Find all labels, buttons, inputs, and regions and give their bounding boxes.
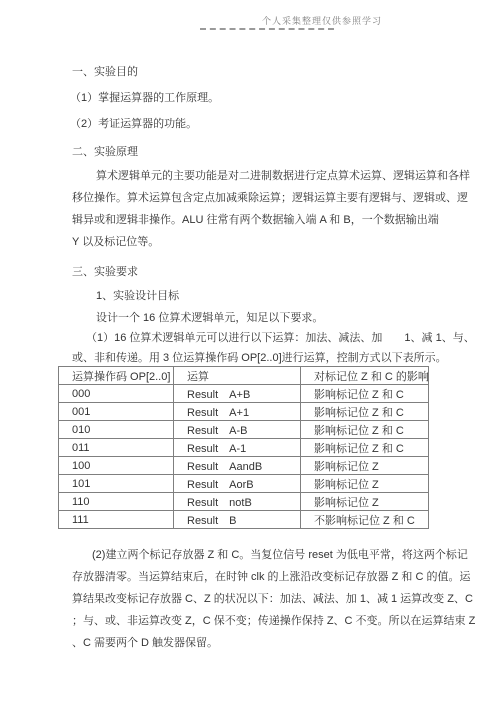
operation-cell: Result B bbox=[174, 511, 301, 529]
section2-paragraph-line: 辑异或和逻辑非操作。ALU 往常有两个数据输入端 A 和 B，一个数据输出端 bbox=[72, 213, 439, 227]
opcode-cell: 010 bbox=[59, 421, 174, 439]
effect-cell: 影响标记位 Z 和 C bbox=[301, 403, 429, 421]
effect-cell: 影响标记位 Z bbox=[301, 493, 429, 511]
operation-cell: Result A-B bbox=[174, 421, 301, 439]
section3-heading: 三、实验要求 bbox=[72, 265, 138, 279]
section1-heading: 一、实验目的 bbox=[72, 65, 138, 79]
opcode-cell: 101 bbox=[59, 475, 174, 493]
watermark-note: 个人采集整理仅供参照学习 bbox=[262, 14, 382, 27]
section1-item-1: （1）掌握运算器的工作原理。 bbox=[70, 91, 219, 105]
table-row: 000 Result A+B 影响标记位 Z 和 C bbox=[59, 385, 429, 403]
opcode-cell: 110 bbox=[59, 493, 174, 511]
operation-cell: Result A-1 bbox=[174, 439, 301, 457]
effect-cell: 影响标记位 Z 和 C bbox=[301, 439, 429, 457]
effect-cell: 影响标记位 Z 和 C bbox=[301, 421, 429, 439]
table-row: 111 Result B 不影响标记位 Z 和 C bbox=[59, 511, 429, 529]
opcode-cell: 011 bbox=[59, 439, 174, 457]
table-row: 001 Result A+1 影响标记位 Z 和 C bbox=[59, 403, 429, 421]
requirement2-line: 算结果改变标记存放器 C、Z 的状况以下：加法、减法、加 1、减 1 运算改变 … bbox=[72, 592, 473, 606]
effect-cell: 影响标记位 Z bbox=[301, 457, 429, 475]
opcode-cell: 001 bbox=[59, 403, 174, 421]
operation-cell: Result notB bbox=[174, 493, 301, 511]
opcode-cell: 000 bbox=[59, 385, 174, 403]
table-row: 110 Result notB 影响标记位 Z bbox=[59, 493, 429, 511]
section2-paragraph-line: 算术逻辑单元的主要功能是对二进制数据进行定点算术运算、逻辑运算和各样 bbox=[96, 169, 470, 183]
section2-heading: 二、实验原理 bbox=[72, 145, 138, 159]
section2-paragraph-line: Y 以及标记位等。 bbox=[72, 235, 159, 249]
requirement2-line: ；与、或、非运算改变 Z，C 保不变；传递操作保持 Z、C 不变。所以在运算结束… bbox=[72, 614, 475, 628]
requirement2-line: 、C 需要两个 D 触发器保留。 bbox=[72, 636, 218, 650]
operation-cell: Result A+B bbox=[174, 385, 301, 403]
section1-item-2: （2）考证运算器的功能。 bbox=[70, 117, 197, 131]
operation-cell: Result AandB bbox=[174, 457, 301, 475]
requirement1-line: （1）16 位算术逻辑单元可以进行以下运算：加法、减法、加 1、减 1、与、 bbox=[86, 331, 475, 345]
section3-subheading: 1、实验设计目标 bbox=[96, 289, 179, 303]
section2-paragraph-line: 移位操作。算术运算包含定点加减乘除运算；逻辑运算主要有逻辑与、逻辑或、逻 bbox=[72, 191, 468, 205]
document-page: 个人采集整理仅供参照学习 一、实验目的 （1）掌握运算器的工作原理。 （2）考证… bbox=[0, 0, 500, 708]
table-row: 101 Result AorB 影响标记位 Z bbox=[59, 475, 429, 493]
col-header-effect: 对标记位 Z 和 C 的影响 bbox=[301, 367, 429, 385]
requirement2-line: 存放器清零。当运算结束后，在时钟 clk 的上涨沿改变标记存放器 Z 和 C 的… bbox=[72, 570, 470, 584]
table-row: 100 Result AandB 影响标记位 Z bbox=[59, 457, 429, 475]
col-header-opcode: 运算操作码 OP[2..0] bbox=[59, 367, 174, 385]
op-table: 运算操作码 OP[2..0] 运算 对标记位 Z 和 C 的影响 000 Res… bbox=[58, 366, 429, 529]
requirement1-line: 或、非和传递。用 3 位运算操作码 OP[2..0]进行运算，控制方式以下表所示… bbox=[72, 351, 447, 365]
opcode-cell: 111 bbox=[59, 511, 174, 529]
col-header-operation: 运算 bbox=[174, 367, 301, 385]
effect-cell: 影响标记位 Z bbox=[301, 475, 429, 493]
table-row: 010 Result A-B 影响标记位 Z 和 C bbox=[59, 421, 429, 439]
table-row: 011 Result A-1 影响标记位 Z 和 C bbox=[59, 439, 429, 457]
effect-cell: 影响标记位 Z 和 C bbox=[301, 385, 429, 403]
section3-intro-line: 设计一个 16 位算术逻辑单元，知足以下要求。 bbox=[96, 311, 323, 325]
requirement2-line: (2)建立两个标记存放器 Z 和 C。当复位信号 reset 为低电平常，将这两… bbox=[92, 548, 468, 562]
dashed-divider bbox=[200, 28, 334, 30]
opcode-cell: 100 bbox=[59, 457, 174, 475]
operation-cell: Result A+1 bbox=[174, 403, 301, 421]
operation-cell: Result AorB bbox=[174, 475, 301, 493]
op-table-header-row: 运算操作码 OP[2..0] 运算 对标记位 Z 和 C 的影响 bbox=[59, 367, 429, 385]
effect-cell: 不影响标记位 Z 和 C bbox=[301, 511, 429, 529]
